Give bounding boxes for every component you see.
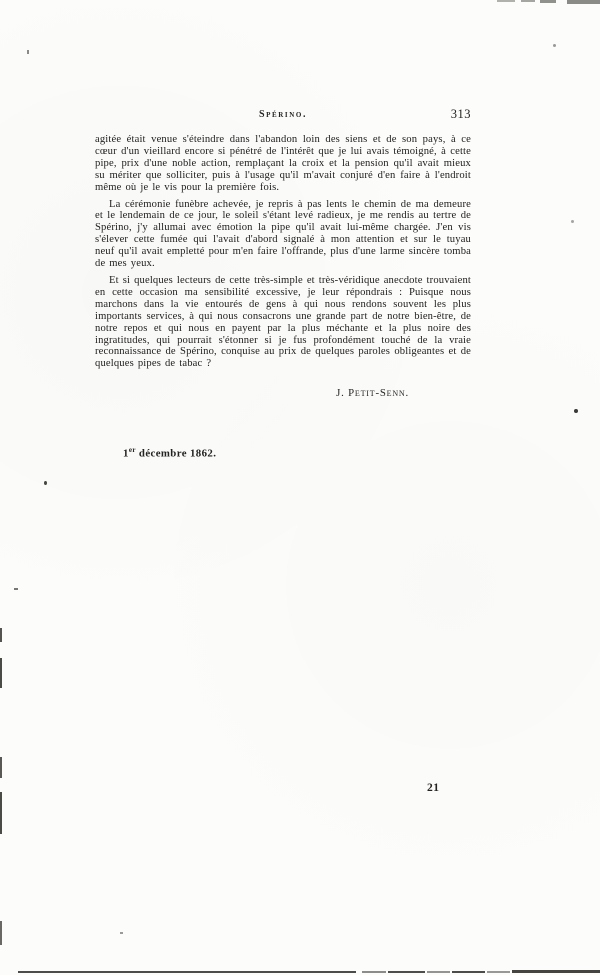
scan-artifact (0, 921, 2, 945)
scan-artifact (44, 481, 47, 485)
author-signature: J. Petit-Senn. (95, 387, 471, 399)
page-header: Spérino. 313 (95, 109, 471, 125)
page-number: 313 (451, 107, 471, 122)
text-block: Spérino. 313 agitée était venue s'éteind… (95, 109, 471, 460)
page-edge-line (487, 971, 510, 973)
scan-artifact (0, 658, 2, 688)
scan-artifact (540, 0, 556, 3)
scan-artifact (497, 0, 515, 2)
page-edge-line (362, 971, 386, 973)
date-rest: décembre 1862. (136, 448, 216, 460)
scan-artifact (0, 792, 2, 834)
body-text: agitée était venue s'éteindre dans l'aba… (95, 134, 471, 370)
paragraph: agitée était venue s'éteindre dans l'aba… (95, 134, 471, 194)
date-line: 1er décembre 1862. (95, 446, 471, 460)
page-edge-line (452, 971, 485, 973)
scan-artifact (571, 220, 574, 223)
book-page: Spérino. 313 agitée était venue s'éteind… (0, 0, 600, 975)
date-ordinal: er (129, 446, 136, 454)
scan-artifact (0, 628, 2, 642)
paragraph: La cérémonie funèbre achevée, je repris … (95, 199, 471, 270)
scan-artifact (567, 0, 600, 4)
scan-artifact (574, 409, 578, 413)
page-edge-line (388, 971, 425, 973)
scan-artifact (27, 50, 29, 54)
scan-artifact (14, 588, 18, 590)
paragraph: Et si quelques lecteurs de cette très-si… (95, 275, 471, 370)
page-edge-line (512, 970, 600, 973)
sheet-signature-mark: 21 (427, 782, 440, 794)
scan-artifact (553, 44, 556, 47)
scan-artifact (521, 0, 535, 2)
running-title: Spérino. (95, 109, 471, 120)
page-edge-line (18, 971, 356, 973)
page-edge-line (427, 971, 450, 973)
scan-artifact (0, 757, 2, 778)
scan-artifact (120, 932, 123, 934)
